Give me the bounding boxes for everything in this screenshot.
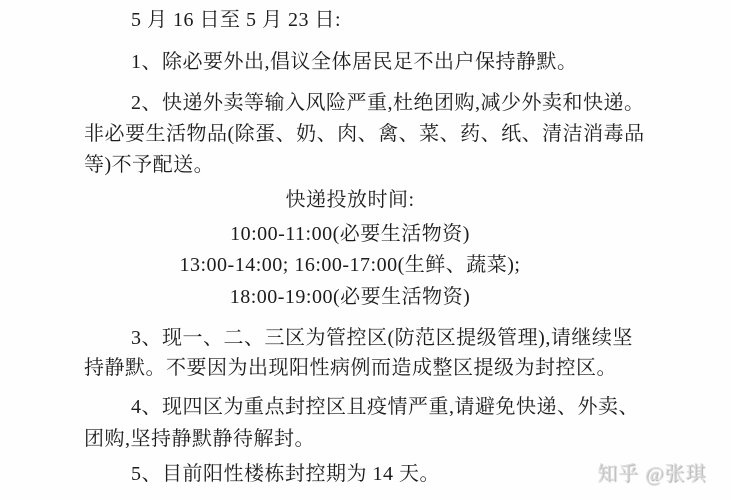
rule-3-line-2: 持静默。不要因为出现阳性病例而造成整区提级为封控区。 xyxy=(84,356,644,380)
delivery-slot-1: 10:00-11:00(必要生活物资) xyxy=(70,222,630,246)
date-range-line: 5 月 16 日至 5 月 23 日: xyxy=(84,8,691,32)
delivery-schedule-heading: 快递投放时间: xyxy=(70,188,630,212)
rule-2-line-3: 等)不予配送。 xyxy=(84,153,644,177)
rule-3-line-1: 3、现一、二、三区为管控区(防范区提级管理),请继续坚 xyxy=(84,326,691,350)
delivery-slot-3: 18:00-19:00(必要生活物资) xyxy=(70,285,630,309)
rule-2-line-1: 2、快递外卖等输入风险严重,杜绝团购,减少外卖和快递。 xyxy=(84,91,691,115)
rule-4-line-2: 团购,坚持静默静待解封。 xyxy=(84,427,644,451)
notice-document-page: 5 月 16 日至 5 月 23 日: 1、除必要外出,倡议全体居民足不出户保持… xyxy=(0,0,731,500)
zhihu-watermark: 知乎 @张琪 xyxy=(597,457,706,486)
rule-1-line: 1、除必要外出,倡议全体居民足不出户保持静默。 xyxy=(84,50,691,74)
rule-4-line-1: 4、现四区为重点封控区且疫情严重,请避免快递、外卖、 xyxy=(84,395,691,419)
delivery-slot-2: 13:00-14:00; 16:00-17:00(生鲜、蔬菜); xyxy=(70,253,630,277)
rule-2-line-2: 非必要生活物品(除蛋、奶、肉、禽、菜、药、纸、清洁消毒品 xyxy=(84,122,644,146)
